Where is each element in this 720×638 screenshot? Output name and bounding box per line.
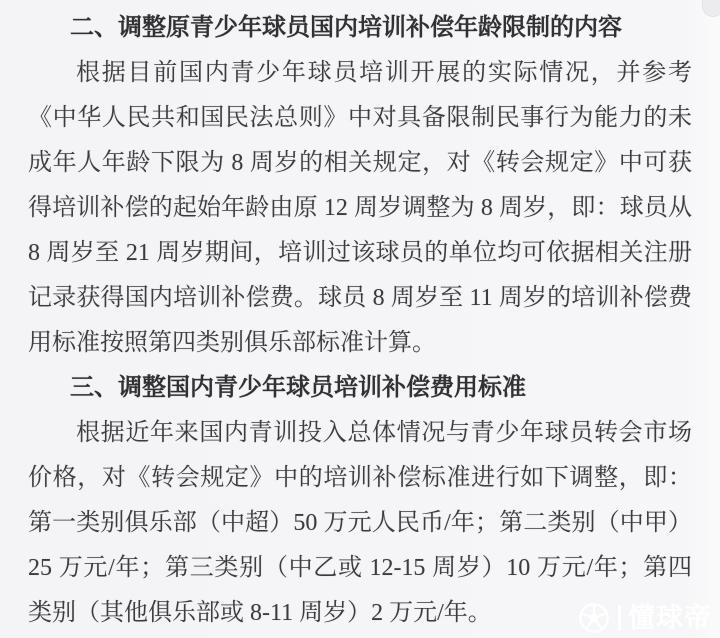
section-three-heading: 三、调整国内青少年球员培训补偿费用标准 — [28, 366, 692, 411]
section-two-heading: 二、调整原青少年球员国内培训补偿年龄限制的内容 — [28, 6, 692, 51]
scrollbar-thumb[interactable] — [703, 0, 720, 16]
section-three-paragraph: 根据近年来国内青训投入总体情况与青少年球员转会市场价格，对《转会规定》中的培训补… — [28, 411, 692, 636]
document-body: 二、调整原青少年球员国内培训补偿年龄限制的内容 根据目前国内青少年球员培训开展的… — [28, 6, 692, 636]
document-page: 二、调整原青少年球员国内培训补偿年龄限制的内容 根据目前国内青少年球员培训开展的… — [0, 0, 720, 638]
section-two-paragraph: 根据目前国内青少年球员培训开展的实际情况，并参考《中华人民共和国民法总则》中对具… — [28, 51, 692, 366]
